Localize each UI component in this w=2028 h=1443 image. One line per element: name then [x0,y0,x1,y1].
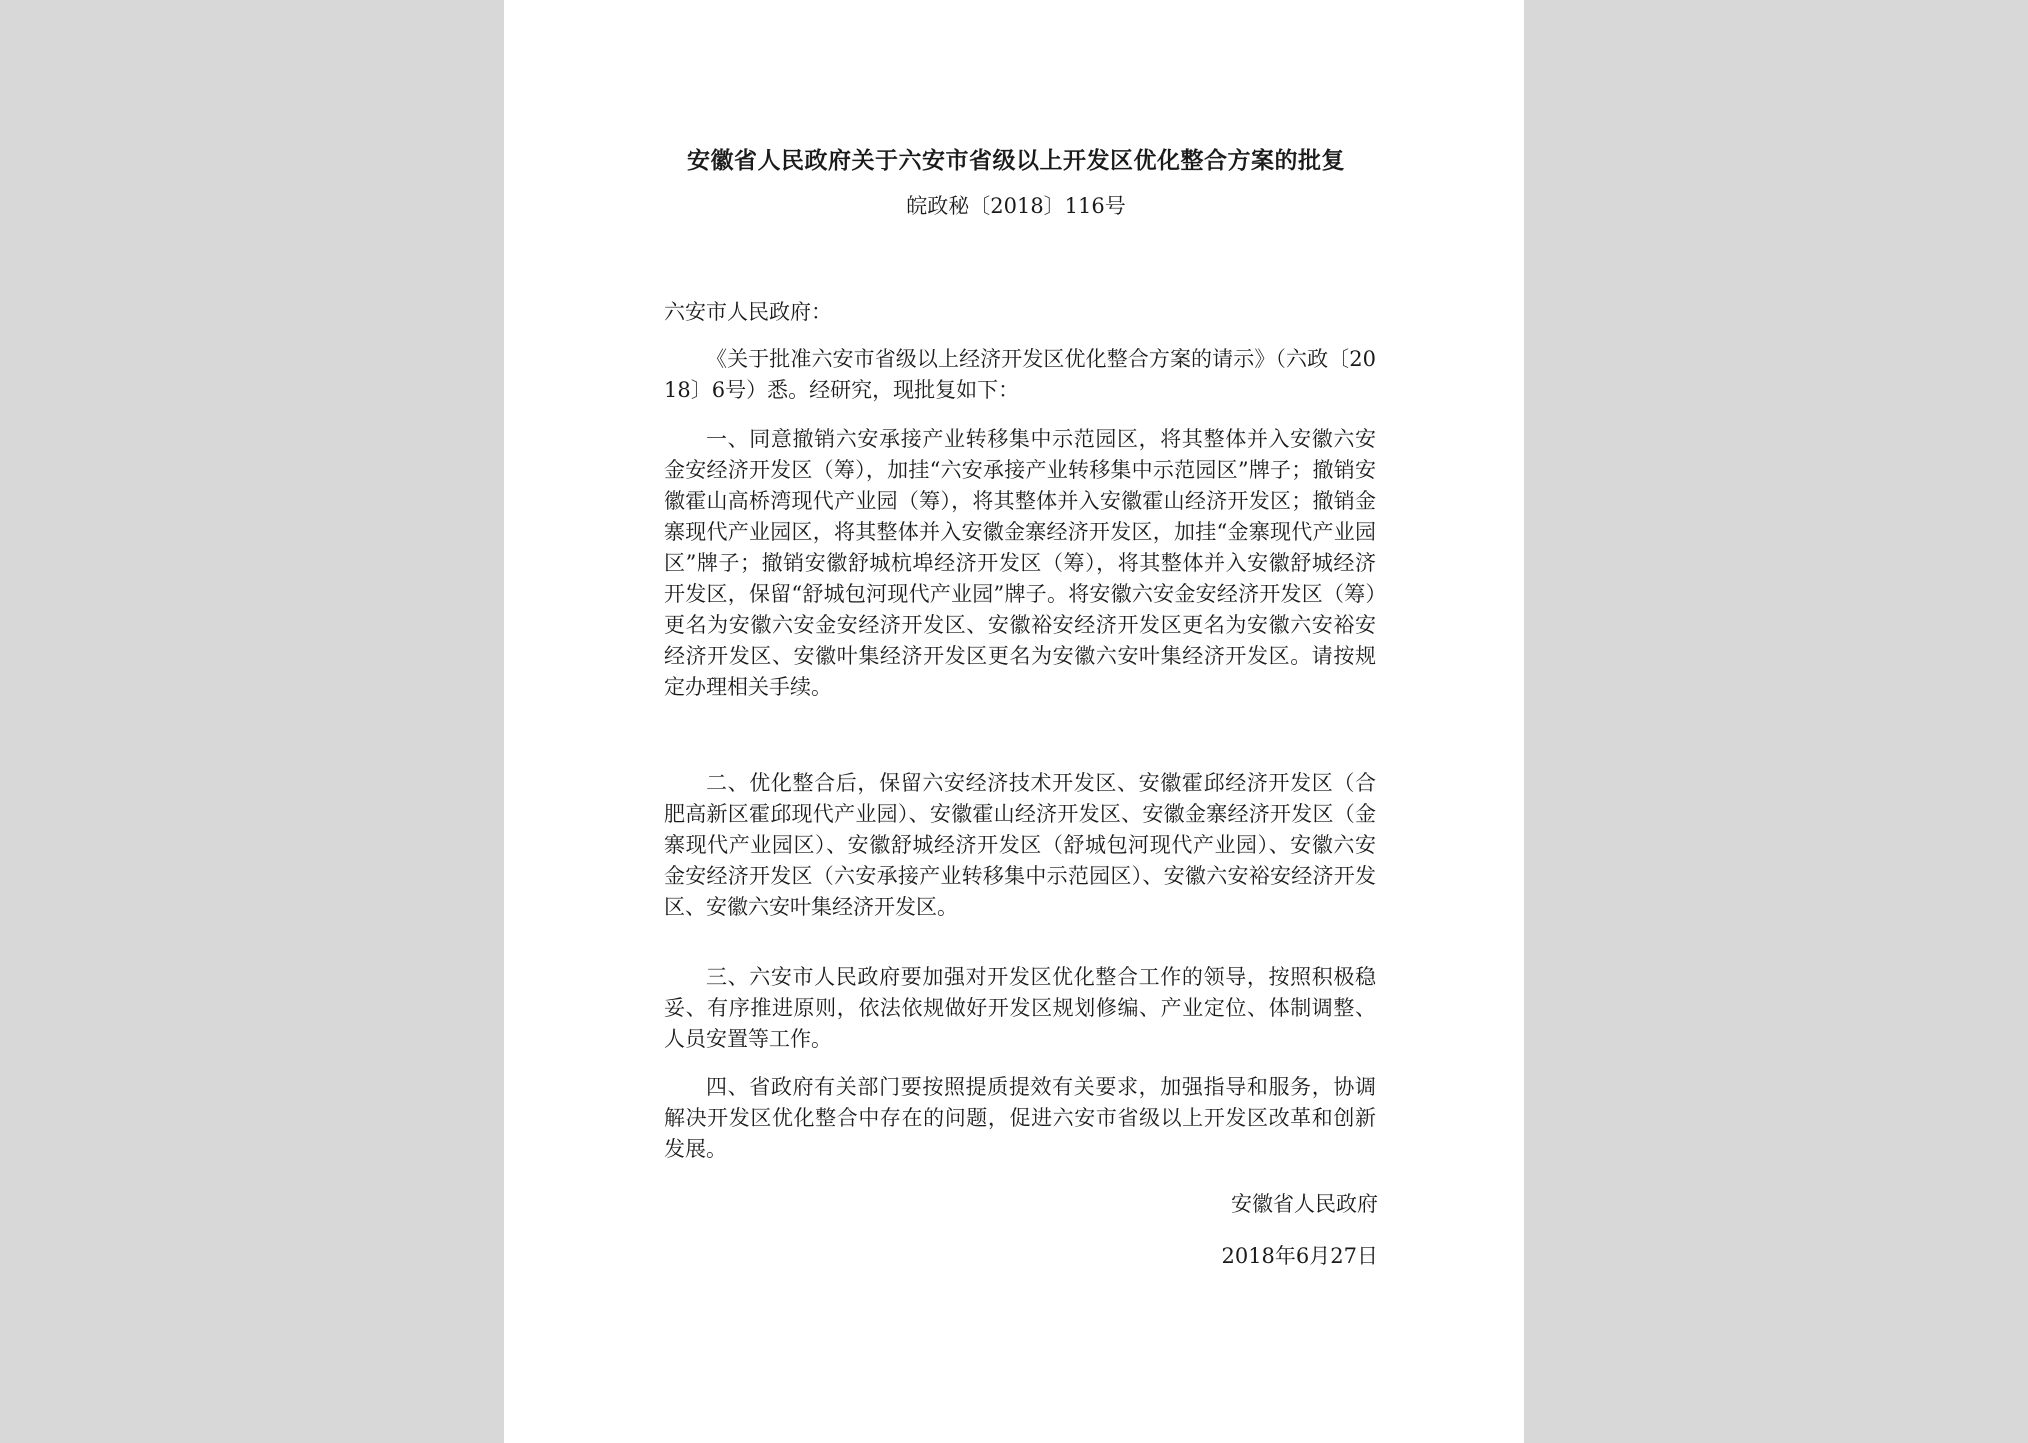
document-number: 皖政秘〔2018〕116号 [660,190,1372,220]
document-title: 安徽省人民政府关于六安市省级以上开发区优化整合方案的批复 [620,142,1412,175]
salutation: 六安市人民政府： [664,296,832,326]
paragraph-item-1: 一、同意撤销六安承接产业转移集中示范园区，将其整体并入安徽六安金安经济开发区（筹… [664,424,1376,703]
paragraph-item-4: 四、省政府有关部门要按照提质提效有关要求，加强指导和服务，协调解决开发区优化整合… [664,1072,1376,1165]
signature-date: 2018年6月27日 [1221,1240,1378,1270]
paragraph-item-2: 二、优化整合后，保留六安经济技术开发区、安徽霍邱经济开发区（合肥高新区霍邱现代产… [664,768,1376,923]
signature-organization: 安徽省人民政府 [1231,1188,1378,1218]
paragraph-intro: 《关于批准六安市省级以上经济开发区优化整合方案的请示》（六政〔2018〕6号）悉… [664,344,1376,406]
document-page: 安徽省人民政府关于六安市省级以上开发区优化整合方案的批复 皖政秘〔2018〕11… [504,0,1524,1443]
paragraph-item-3: 三、六安市人民政府要加强对开发区优化整合工作的领导，按照积极稳妥、有序推进原则，… [664,962,1376,1055]
